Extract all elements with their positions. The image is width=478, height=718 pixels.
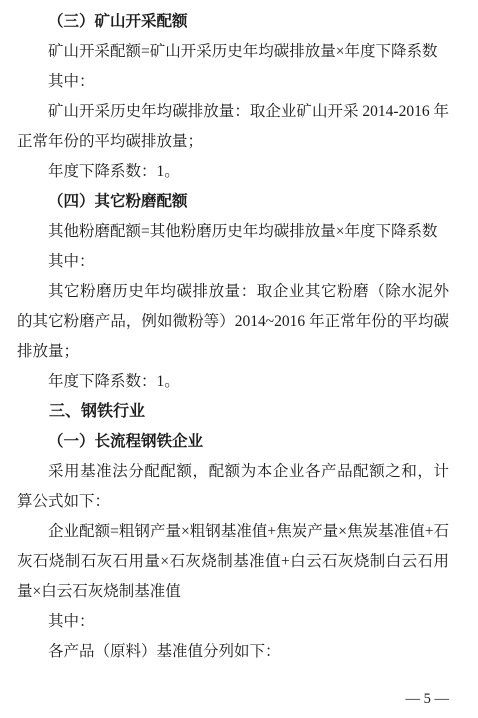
- body-paragraph: 年度下降系数：1。: [17, 367, 449, 397]
- section-heading: （四）其它粉磨配额: [17, 187, 449, 217]
- body-paragraph: 年度下降系数：1。: [17, 157, 449, 187]
- body-paragraph: 矿山开采配额=矿山开采历史年均碳排放量×年度下降系数: [17, 37, 449, 67]
- page-footer: — 5 —: [406, 690, 450, 708]
- body-paragraph: 其中：: [17, 67, 449, 97]
- body-paragraph: 各产品（原料）基准值分列如下：: [17, 637, 449, 667]
- body-paragraph: 其它粉磨历史年均碳排放量：取企业其它粉磨（除水泥外的其它粉磨产品，例如微粉等）2…: [17, 277, 449, 367]
- body-paragraph: 其中：: [17, 247, 449, 277]
- body-paragraph: 企业配额=粗钢产量×粗钢基准值+焦炭产量×焦炭基准值+石灰石烧制石灰石用量×石灰…: [17, 517, 449, 607]
- body-paragraph: 其他粉磨配额=其他粉磨历史年均碳排放量×年度下降系数: [17, 217, 449, 247]
- section-heading: （三）矿山开采配额: [17, 7, 449, 37]
- document-page: （三）矿山开采配额矿山开采配额=矿山开采历史年均碳排放量×年度下降系数其中：矿山…: [0, 0, 478, 718]
- body-paragraph: 矿山开采历史年均碳排放量：取企业矿山开采 2014-2016 年正常年份的平均碳…: [17, 97, 449, 157]
- chapter-heading: 三、钢铁行业: [17, 397, 449, 427]
- body-paragraph: 其中：: [17, 607, 449, 637]
- page-number: — 5 —: [406, 691, 450, 707]
- document-content: （三）矿山开采配额矿山开采配额=矿山开采历史年均碳排放量×年度下降系数其中：矿山…: [17, 7, 449, 667]
- section-heading: （一）长流程钢铁企业: [17, 427, 449, 457]
- body-paragraph: 采用基准法分配配额，配额为本企业各产品配额之和，计算公式如下：: [17, 457, 449, 517]
